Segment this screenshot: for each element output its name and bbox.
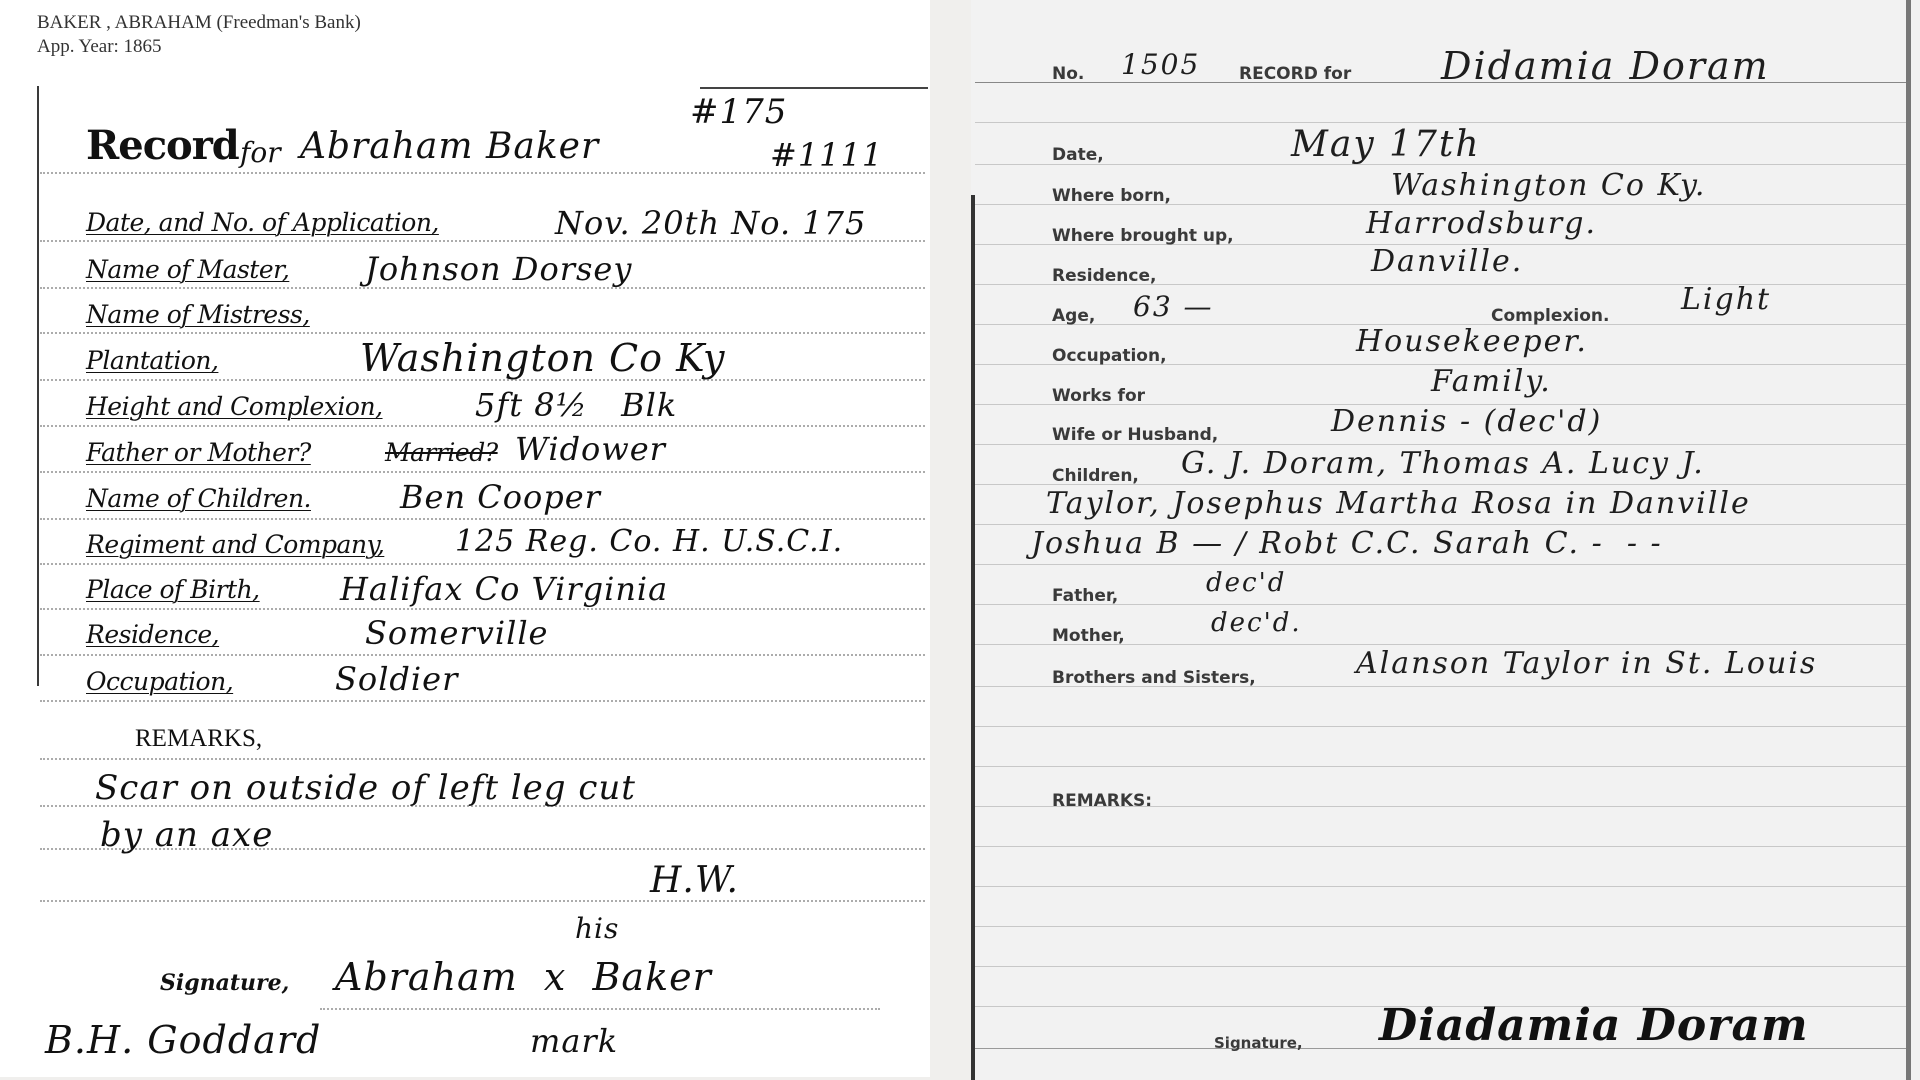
field-value-occupation: Housekeeper.: [1356, 324, 1588, 359]
signature-label: Signature,: [160, 970, 289, 996]
remarks-initials: H.W.: [650, 860, 739, 901]
field-value-date-application: Nov. 20th No. 175: [555, 204, 866, 242]
field-value-children-line-3: Joshua B — / Robt C.C. Sarah C. - - -: [1031, 526, 1663, 561]
field-value-wife-or-husband: Dennis - (dec'd): [1331, 404, 1602, 439]
signature-label: Signature,: [1214, 1034, 1303, 1052]
field-value-place-of-birth: Halifax Co Virginia: [340, 570, 668, 608]
record-name-value: Abraham Baker: [300, 126, 599, 167]
right-border-line: [1906, 0, 1911, 1080]
account-number-note: #1111: [770, 136, 883, 174]
ruled-line: [975, 846, 1906, 847]
field-label-date: Date,: [1052, 145, 1104, 165]
ruled-line: [40, 563, 925, 565]
field-label-mother: Mother,: [1052, 626, 1125, 646]
remarks-label: REMARKS:: [1052, 791, 1152, 811]
ruled-line: [40, 758, 925, 760]
ruled-line: [40, 654, 925, 656]
signature-line: [320, 1008, 880, 1010]
ruled-line: [40, 471, 925, 473]
field-label-plantation: Plantation,: [86, 346, 218, 375]
ruled-line: [40, 608, 925, 610]
ruled-line: [975, 886, 1906, 887]
field-value-children-line-1: G. J. Doram, Thomas A. Lucy J.: [1181, 446, 1705, 481]
field-label-father: Father,: [1052, 586, 1118, 606]
field-label-place-of-birth: Place of Birth,: [86, 575, 260, 604]
remarks-label: REMARKS,: [135, 725, 262, 753]
right-record-image: No. 1505 RECORD for Didamia Doram Date, …: [971, 0, 1920, 1080]
field-value-where-brought-up: Harrodsburg.: [1366, 206, 1597, 241]
field-value-father-mother: Widower: [515, 430, 666, 468]
record-for-label: RECORD for: [1239, 64, 1351, 84]
ruled-line: [975, 564, 1906, 565]
field-value-height-complexion: 5ft 8½ Blk: [475, 386, 677, 424]
ruled-line: [975, 726, 1906, 727]
record-number-label: No.: [1052, 64, 1084, 84]
application-year: App. Year: 1865: [37, 36, 162, 58]
signature-value: Diadamia Doram: [1379, 1000, 1809, 1051]
ruled-line: [975, 966, 1906, 967]
field-label-where-brought-up: Where brought up,: [1052, 226, 1234, 246]
field-label-date-application: Date, and No. of Application,: [86, 208, 439, 237]
field-label-occupation: Occupation,: [1052, 346, 1167, 366]
ruled-line: [40, 425, 925, 427]
ruled-line: [975, 524, 1906, 525]
field-label-where-born: Where born,: [1052, 186, 1171, 206]
field-label-children: Name of Children.: [86, 484, 311, 513]
field-label-wife-or-husband: Wife or Husband,: [1052, 425, 1218, 445]
signature-mark-label: mark: [530, 1022, 618, 1060]
left-border-line: [37, 86, 39, 686]
field-label-children: Children,: [1052, 466, 1139, 486]
ruled-line: [975, 122, 1906, 123]
ruled-line: [975, 926, 1906, 927]
field-label-works-for: Works for: [1052, 386, 1145, 406]
ruled-line: [975, 766, 1906, 767]
field-label-father-mother: Father or Mother?: [86, 438, 311, 467]
remarks-line-2: by an axe: [100, 815, 273, 855]
field-label-regiment: Regiment and Company,: [86, 530, 384, 559]
field-label-brothers-sisters: Brothers and Sisters,: [1052, 668, 1256, 688]
ruled-line: [40, 518, 925, 520]
record-number-note: #175: [690, 92, 787, 132]
field-label-master: Name of Master,: [86, 255, 289, 284]
ruled-line: [40, 900, 925, 902]
field-value-brothers-sisters: Alanson Taylor in St. Louis: [1356, 646, 1817, 681]
clerk-signature: B.H. Goddard: [45, 1018, 321, 1062]
field-value-age: 63 —: [1133, 290, 1214, 323]
field-value-residence: Danville.: [1371, 244, 1523, 279]
field-value-mother: dec'd.: [1211, 608, 1302, 638]
field-value-works-for: Family.: [1431, 364, 1552, 399]
field-label-residence: Residence,: [86, 620, 219, 649]
field-value-complexion: Light: [1681, 282, 1771, 317]
record-number-value: 1505: [1121, 48, 1200, 81]
signature-value: Abraham x Baker: [335, 955, 712, 999]
field-value-plantation: Washington Co Ky: [360, 336, 726, 380]
field-label-complexion: Complexion.: [1491, 306, 1609, 326]
field-label-height-complexion: Height and Complexion,: [86, 392, 383, 421]
field-value-children-line-2: Taylor, Josephus Martha Rosa in Danville: [1046, 486, 1751, 521]
field-label-married-struck: Married?: [385, 438, 498, 467]
ruled-line: [40, 332, 925, 334]
left-record-image: BAKER , ABRAHAM (Freedman's Bank) App. Y…: [0, 0, 930, 1077]
field-label-age: Age,: [1052, 306, 1095, 326]
field-value-regiment: 125 Reg. Co. H. U.S.C.I.: [455, 524, 843, 559]
record-name-value: Didamia Doram: [1441, 44, 1770, 88]
field-value-father: dec'd: [1206, 568, 1286, 598]
field-value-date: May 17th: [1291, 124, 1481, 165]
field-label-occupation: Occupation,: [86, 667, 233, 696]
field-value-where-born: Washington Co Ky.: [1391, 168, 1706, 203]
ruled-line: [40, 700, 925, 702]
record-title-label: Record: [86, 122, 239, 169]
field-value-occupation: Soldier: [335, 660, 458, 698]
field-label-residence: Residence,: [1052, 266, 1156, 286]
field-value-residence: Somerville: [365, 614, 548, 652]
record-for-label: for: [240, 136, 281, 169]
signature-his-mark-note: his: [575, 912, 619, 945]
field-value-master: Johnson Dorsey: [365, 250, 632, 288]
remarks-line-1: Scar on outside of left leg cut: [95, 768, 636, 808]
field-value-children: Ben Cooper: [400, 478, 601, 516]
field-label-mistress: Name of Mistress,: [86, 300, 310, 329]
top-border-line: [700, 87, 928, 89]
left-border-line: [971, 195, 975, 1080]
record-name-header: BAKER , ABRAHAM (Freedman's Bank): [37, 12, 361, 34]
